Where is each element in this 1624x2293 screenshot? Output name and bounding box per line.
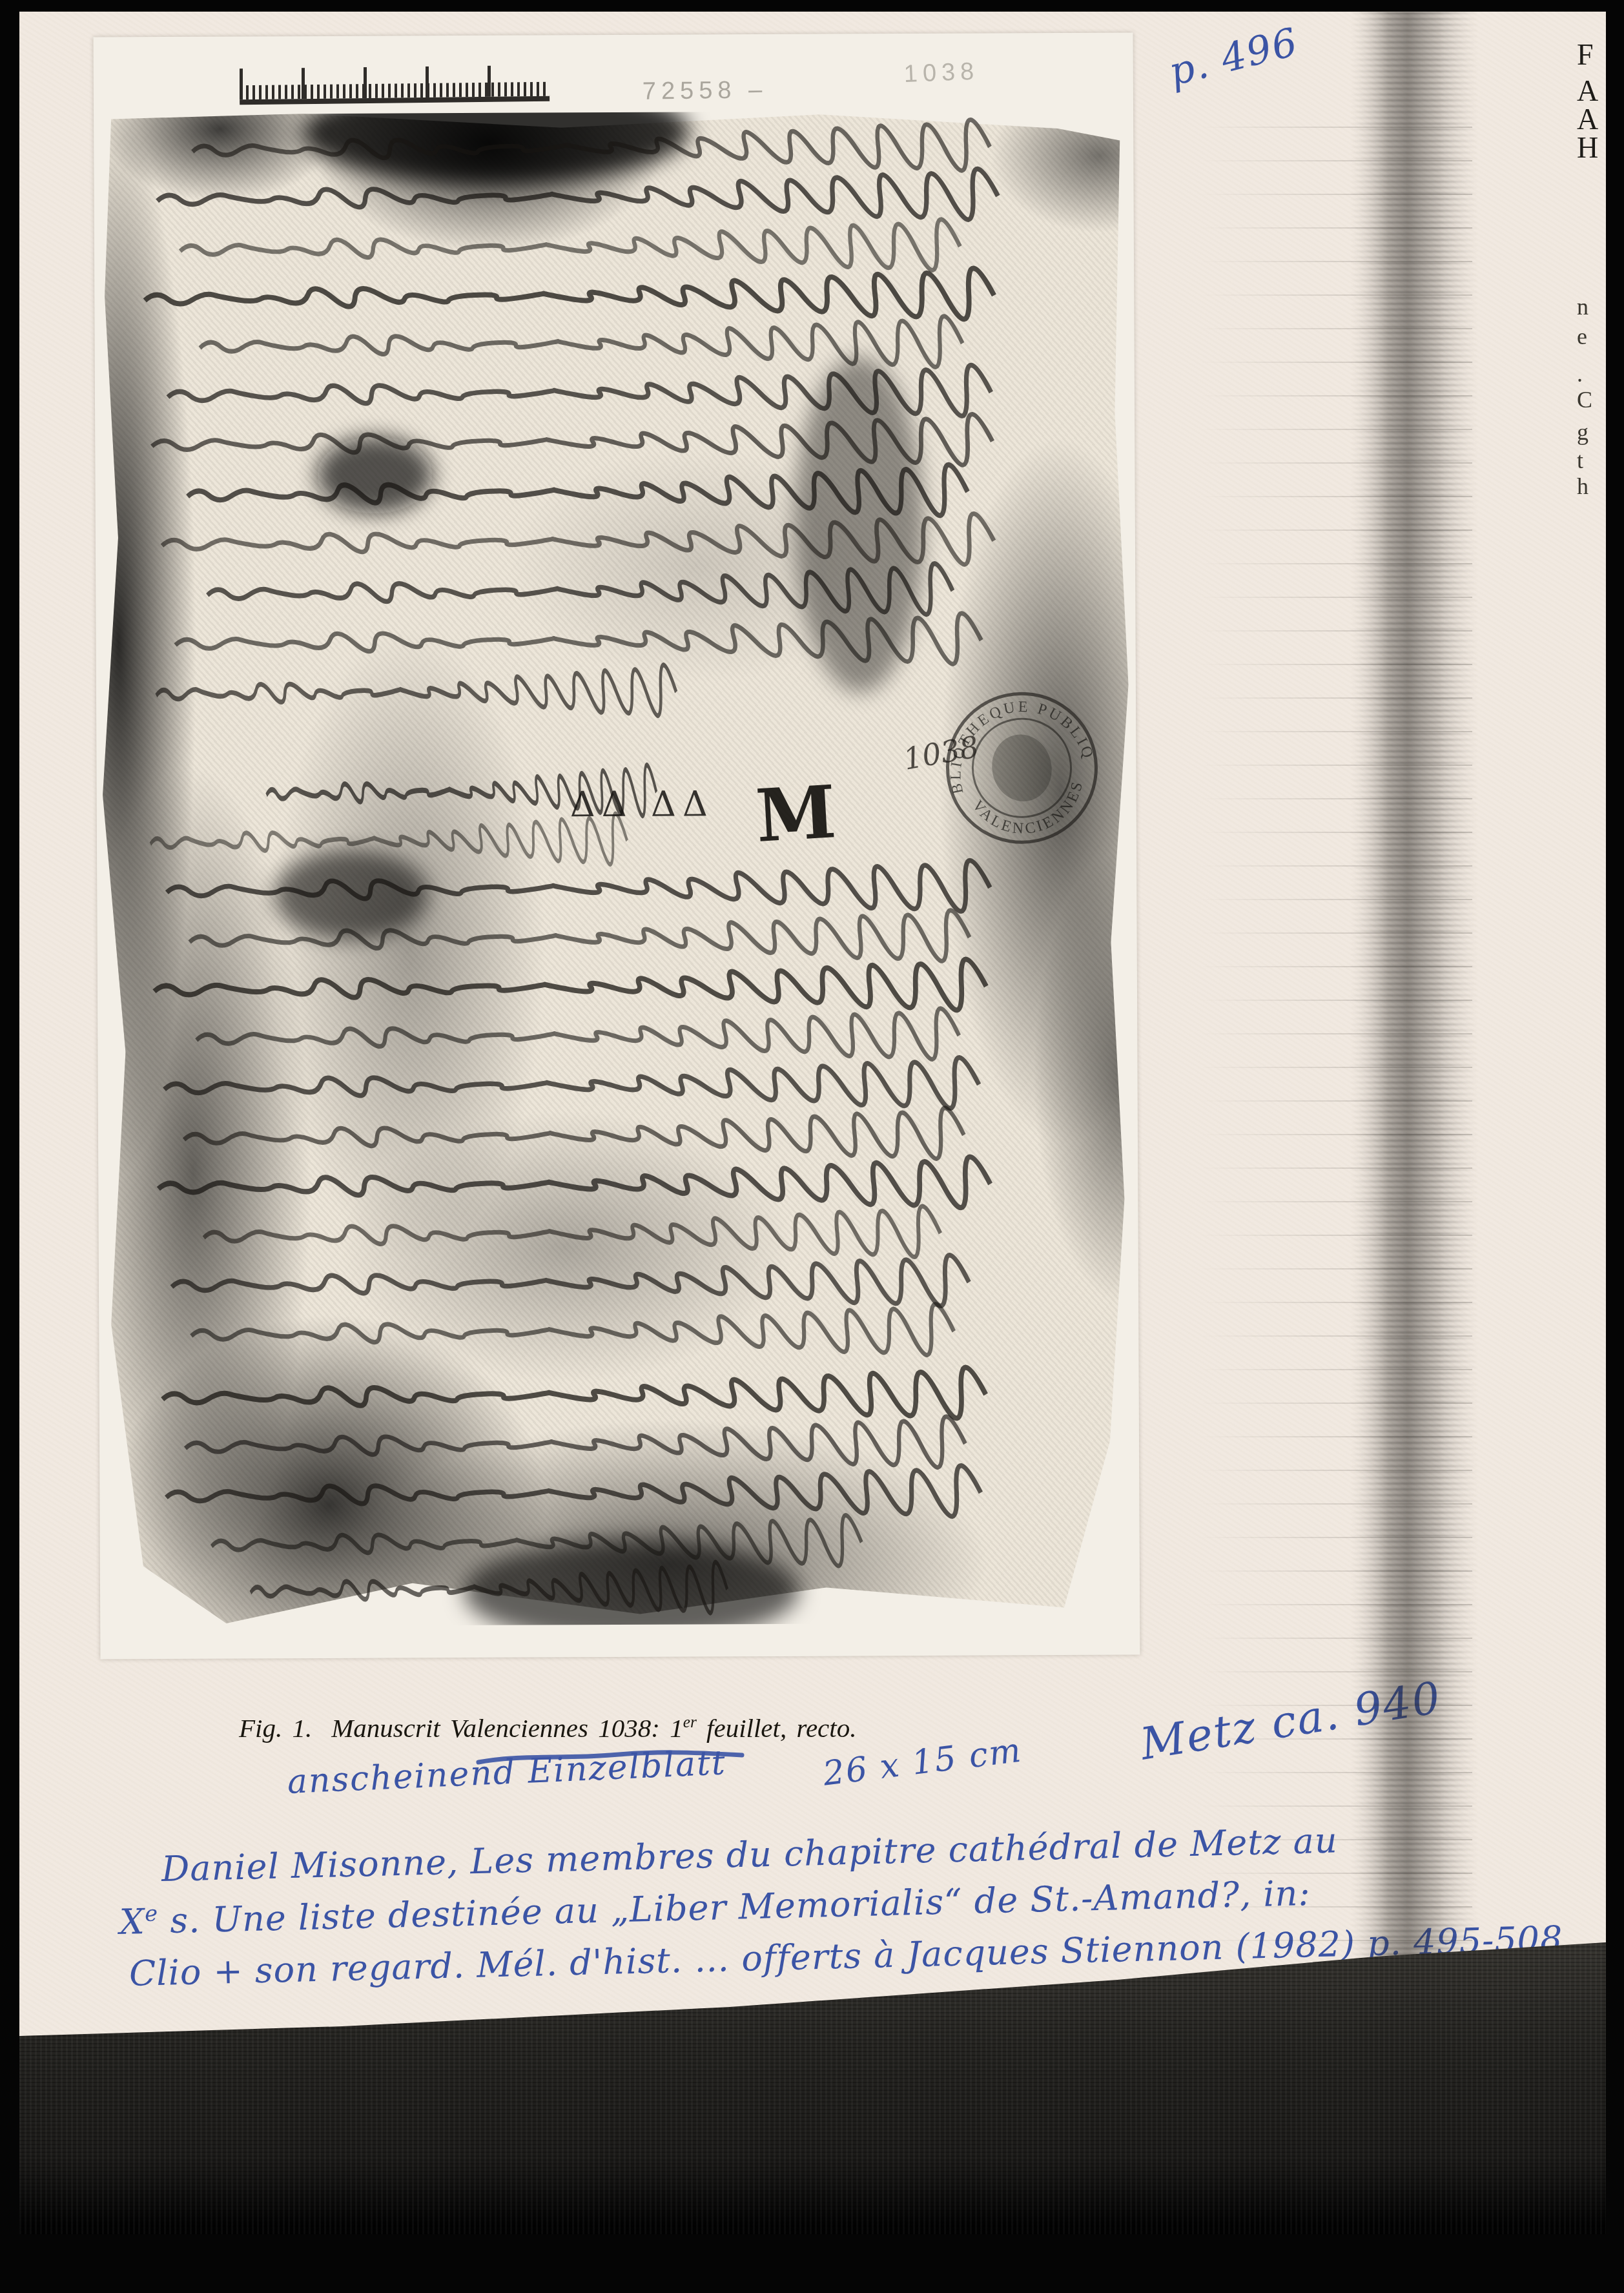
- edge-letter: H: [1577, 130, 1606, 165]
- book-page-scan: { "annotations": { "page_ref": "p. 496",…: [0, 0, 1624, 2293]
- edge-letter: n: [1577, 293, 1606, 320]
- script-lines: [144, 119, 1004, 1615]
- edge-letter: e: [1577, 323, 1606, 350]
- caption-title: Manuscrit Valenciennes 1038: 1: [331, 1713, 683, 1743]
- figure-caption: Fig. 1.Manuscrit Valenciennes 1038: 1er …: [239, 1712, 856, 1743]
- m-mark: M: [754, 770, 838, 859]
- edge-letter: t: [1577, 447, 1606, 474]
- note-page-reference: p. 496: [1165, 19, 1303, 95]
- scanned-page: ΔΔ ΔΔ M 1038 72558 – 1038 BIBLIOTHEQUE P…: [19, 12, 1606, 2234]
- citation-century: X: [119, 1901, 145, 1942]
- ruler-minor-ticks: [240, 82, 550, 99]
- gutter-shadow: [1350, 12, 1479, 2234]
- caption-superscript: er: [683, 1713, 697, 1731]
- edge-letter: .: [1577, 360, 1606, 387]
- library-stamp: BIBLIOTHEQUE PUBLIQUE VALENCIENNES: [907, 653, 1137, 883]
- figure-label: Fig. 1.: [239, 1712, 312, 1743]
- negative-number: 72558 –: [642, 76, 768, 106]
- caption-title-rest: feuillet, recto.: [697, 1713, 857, 1743]
- delta-marks: ΔΔ ΔΔ: [570, 783, 714, 825]
- measurement-ruler: [240, 65, 550, 105]
- edge-letter: F: [1577, 37, 1606, 72]
- edge-letter: h: [1577, 473, 1606, 500]
- edge-letter: C: [1577, 386, 1606, 413]
- citation-century-sup: e: [145, 1901, 159, 1926]
- manuscript-photo: ΔΔ ΔΔ M 1038 72558 – 1038 BIBLIOTHEQUE P…: [94, 32, 1140, 1659]
- edge-letter: g: [1577, 418, 1606, 446]
- faint-shelfmark: 1038: [903, 58, 980, 89]
